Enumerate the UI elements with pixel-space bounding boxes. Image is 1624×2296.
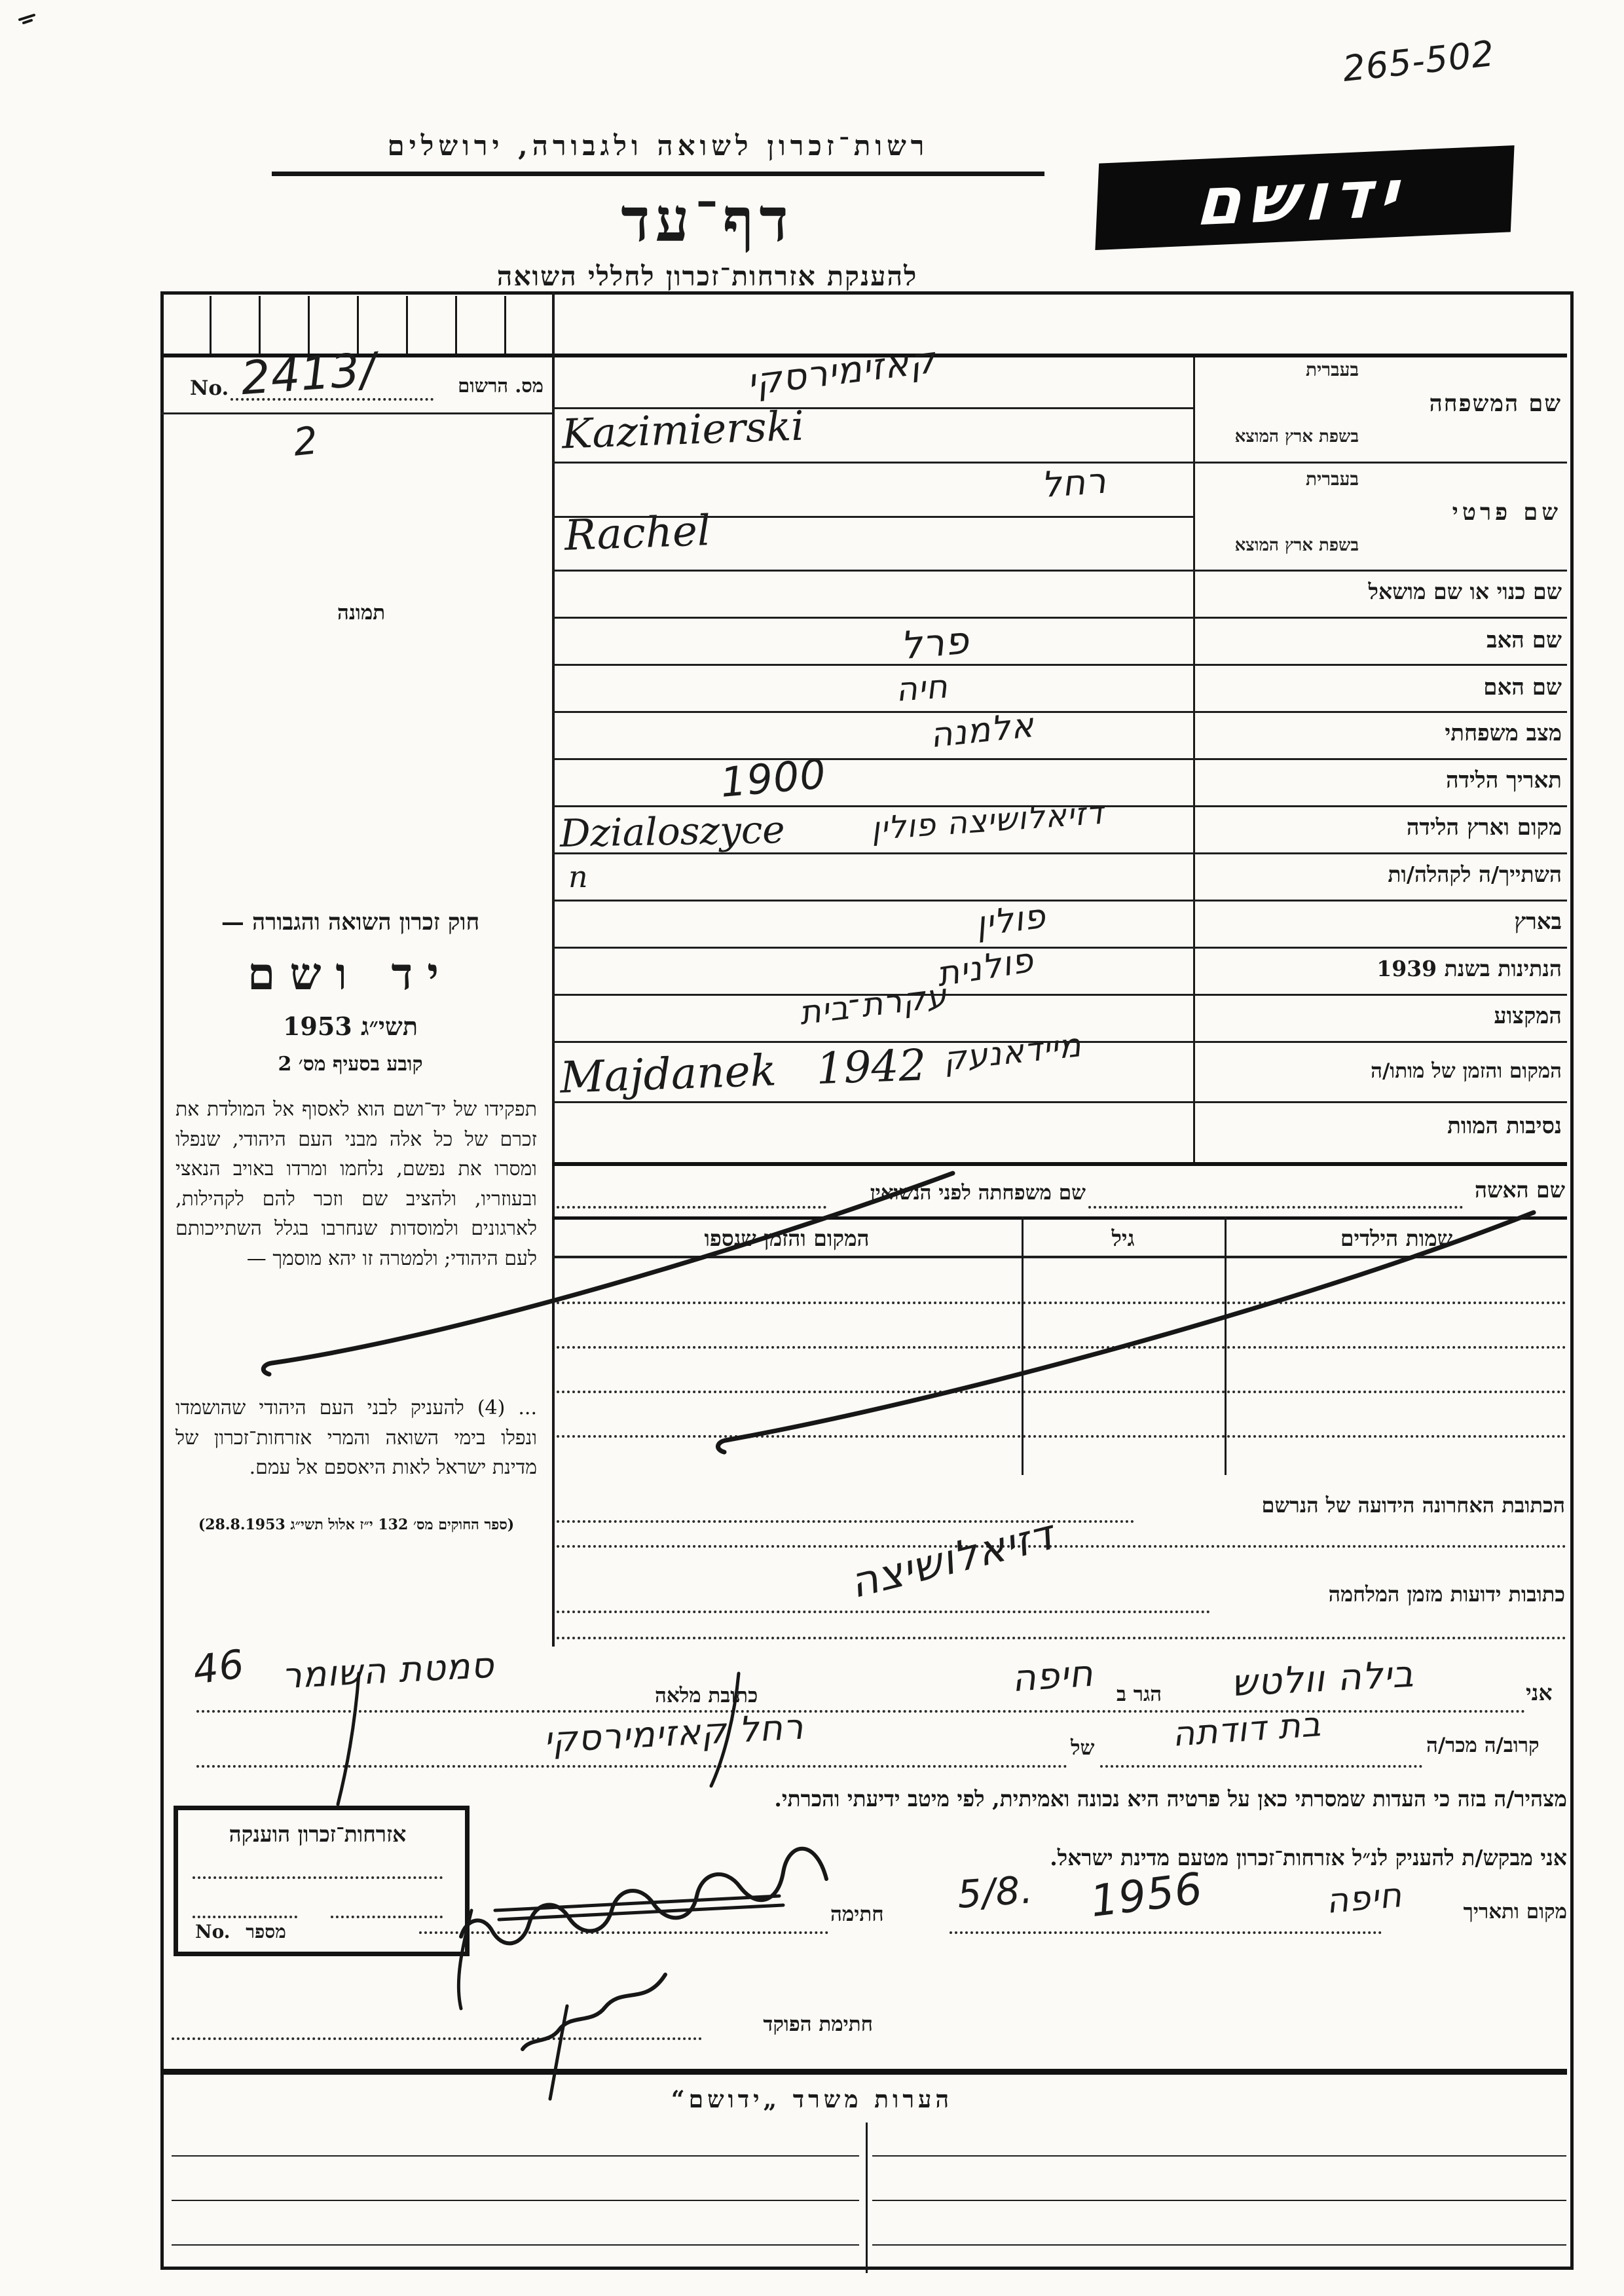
corner-mark — [20, 15, 34, 23]
index-tick — [259, 296, 261, 354]
divider-left-column — [552, 291, 555, 1647]
birth-place-latin-handwritten: Dzialoszyce — [559, 807, 785, 856]
children-table-top-rule — [552, 1216, 1567, 1220]
index-tick — [504, 296, 506, 354]
last-address-label: הכתובת האחרונה הידועה של הנרשם — [1139, 1493, 1565, 1518]
maiden-name-label: שם משפחתה לפני הנשואין — [830, 1181, 1086, 1205]
full-address-label: כתובת מלאה — [655, 1684, 758, 1707]
rule-section — [552, 1162, 1567, 1166]
address-line-dots — [557, 1637, 1566, 1639]
mother-name-handwritten: חיה — [895, 667, 949, 708]
footer-divider — [866, 2123, 868, 2273]
org-title: רשות־זכרון לשואה ולגבורה, ירושלים — [272, 130, 1044, 176]
community-label: השתייך/ה לקהלה/ות — [1365, 862, 1562, 888]
maiden-name-dots — [557, 1206, 826, 1209]
children-table-header-rule — [552, 1256, 1567, 1258]
war-addresses-label: כתובות ידועות מזמן המלחמה — [1215, 1582, 1565, 1607]
family-sub-origin: בשפת ארץ המוצא — [1202, 427, 1359, 446]
profession-label: המקצוע — [1365, 1003, 1562, 1029]
row-line — [552, 711, 1567, 713]
of-label: של — [1071, 1736, 1094, 1760]
birth-place-label: מקום וארץ הלידה — [1365, 814, 1562, 841]
father-name-label: שם האב — [1365, 627, 1562, 653]
declarant-address-number-handwritten: 46 — [191, 1641, 248, 1694]
footer-line — [172, 2244, 859, 2246]
war-addresses-dots — [557, 1611, 1210, 1613]
children-row-dots — [557, 1346, 1566, 1349]
resident-of-label: הגר ב — [1116, 1683, 1162, 1706]
children-row-dots — [557, 1302, 1566, 1304]
family-sub-hebrew: בעברית — [1202, 359, 1359, 381]
first-name-label: שם פרטי — [1365, 499, 1562, 526]
declarant-city-handwritten: חיפה — [1010, 1652, 1095, 1701]
first-sub-hebrew: בעברית — [1202, 468, 1359, 490]
footer-line — [172, 2200, 859, 2201]
wife-name-dots — [1088, 1206, 1463, 1209]
law-paragraph-1: תפקידו של יד־ושם הוא לאסוף אל המולדת את … — [175, 1095, 537, 1274]
declarant-i-label: אני — [1526, 1680, 1553, 1706]
wife-name-label: שם האשה — [1467, 1177, 1565, 1203]
registration-number-sub-handwritten: 2 — [291, 418, 321, 465]
stamp-box-dots — [193, 1876, 443, 1879]
place-date-label: מקום ותאריך — [1413, 1900, 1567, 1923]
birth-date-handwritten: 1900 — [718, 750, 828, 807]
stamp-box-dots — [331, 1916, 443, 1918]
stamp-box-no-label: No. מספר — [195, 1921, 286, 1943]
family-name-latin-handwritten: Kazimierski — [561, 402, 805, 458]
law-heading: חוק זכרון השואה והגבורה — — [190, 909, 511, 936]
registration-number-handwritten: 2413/ — [239, 342, 378, 405]
archive-number-handwritten: 265-502 — [1340, 33, 1496, 90]
signature-label: חתימה — [830, 1903, 884, 1926]
family-label: שם המשפחה — [1365, 390, 1562, 417]
first-sub-origin: בשפת ארץ המוצא — [1202, 536, 1359, 555]
death-place-time-label: המקום והזמן של מותו/ה — [1349, 1059, 1562, 1083]
nickname-label: שם כנוי או שם מושאל — [1310, 579, 1562, 605]
footer-line — [172, 2155, 859, 2157]
community-stray-mark: n — [568, 859, 588, 894]
registration-no-label: No. — [190, 376, 229, 400]
law-clause: קובע בסעיף מס׳ 2 — [190, 1053, 511, 1076]
country-label: בארץ — [1365, 909, 1562, 935]
stamp-no-latin: No. — [195, 1921, 231, 1942]
footer-rule — [160, 2069, 1567, 2075]
photo-placeholder-label: תמונה — [337, 601, 385, 625]
birth-date-label: תאריך הלידה — [1365, 767, 1562, 793]
children-row-dots — [557, 1435, 1566, 1438]
index-tick — [455, 296, 457, 354]
rule-registration-row — [160, 412, 552, 414]
children-place-header: המקום והזמן שנספו — [552, 1226, 1022, 1252]
law-paragraph-2: ... (4) להעניק לבני העם היהודי שהושמדו ו… — [175, 1393, 537, 1483]
citizenship-request: אני מבקש/ת להעניק לנ״ל אזרחות־זכרון מטעם… — [845, 1845, 1567, 1871]
signature-dots — [419, 1931, 828, 1934]
yad-vashem-logo-text: ידושם — [1192, 160, 1417, 235]
row-line — [552, 947, 1567, 949]
death-cause-label: נסיבות המוות — [1365, 1113, 1562, 1139]
relative-label: קרוב/ה מכר/ה — [1426, 1734, 1540, 1757]
address-line-dots — [557, 1545, 1566, 1548]
clerk-signature-label: חתימת הפוקד — [706, 2013, 873, 2036]
row-line — [552, 758, 1567, 760]
declaration-line1-dots — [196, 1710, 1526, 1713]
law-year: תשי״ג 1953 — [190, 1011, 511, 1042]
page-title: דף־עד — [537, 185, 877, 255]
citizenship-granted-title: אזרחות־זכרון הוענקה — [183, 1821, 452, 1848]
place-handwritten: חיפה — [1325, 1876, 1404, 1922]
registration-label: מס. הרשום — [367, 374, 544, 397]
children-age-header: גיל — [1022, 1226, 1225, 1252]
marital-status-label: מצב משפחתי — [1365, 720, 1562, 746]
testimony-page-scan: 265-502 רשות־זכרון לשואה ולגבורה, ירושלי… — [0, 0, 1624, 2296]
stamp-box-dots — [193, 1916, 297, 1918]
row-line — [552, 852, 1567, 854]
yad-vashem-logo: ידושם — [1095, 145, 1514, 250]
row-line — [552, 664, 1567, 666]
declaration-line2-dots — [1100, 1765, 1422, 1768]
row-line — [552, 407, 1193, 409]
date-day-handwritten: 5/8. — [956, 1867, 1035, 1917]
first-name-hebrew-handwritten: רחל — [1040, 460, 1108, 506]
date-dots — [950, 1931, 1382, 1934]
declaration-line2-dots — [196, 1765, 1067, 1768]
footer-line — [872, 2200, 1566, 2201]
index-tick — [210, 296, 212, 354]
row-line — [552, 900, 1567, 902]
row-line — [552, 516, 1193, 518]
index-tick — [406, 296, 408, 354]
stamp-no-hebrew: מספר — [246, 1921, 286, 1942]
children-names-header: שמות הילדים — [1225, 1226, 1568, 1252]
row-line — [552, 994, 1567, 996]
index-tick — [308, 296, 310, 354]
children-row-dots — [557, 1391, 1566, 1393]
footer-line — [872, 2155, 1566, 2157]
first-name-latin-handwritten: Rachel — [564, 507, 712, 560]
office-notes-title: הערות משרד „ידושם“ — [602, 2086, 1022, 2113]
row-line — [552, 1101, 1567, 1103]
father-name-handwritten: פרל — [898, 618, 970, 668]
page-subtitle: להענקת אזרחות־זכרון לחללי השואה — [363, 261, 1051, 292]
citizenship-1939-label: הנתינות בשנת 1939 — [1365, 956, 1562, 982]
row-line — [552, 570, 1567, 572]
footer-line — [872, 2244, 1566, 2246]
law-name: יד ושם — [190, 948, 511, 1000]
law-source: (ספר החוקים מס׳ 132 י״ז אלול תשי״ג 28.8.… — [168, 1516, 545, 1533]
mother-name-label: שם האם — [1365, 674, 1562, 701]
row-line — [552, 617, 1567, 619]
clerk-signature-dots — [172, 2037, 702, 2040]
declaration-statement: מצהיר/ה בזה כי העדות שמסרתי כאן על פרטיה… — [488, 1786, 1567, 1812]
